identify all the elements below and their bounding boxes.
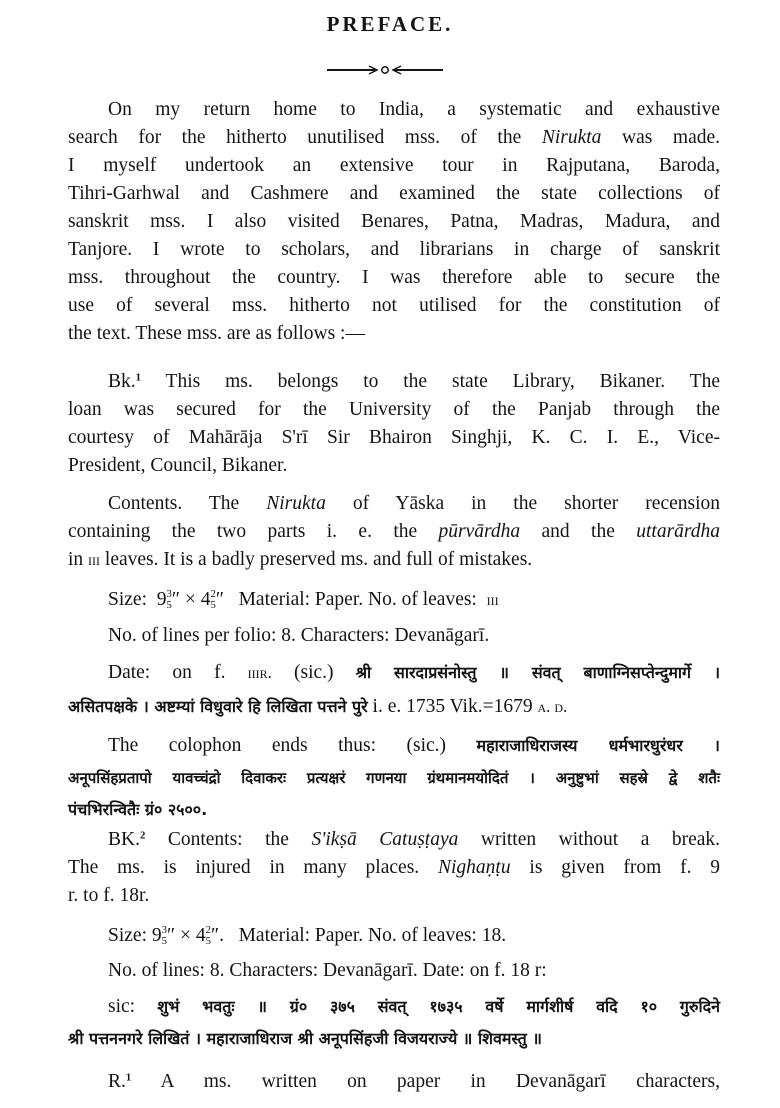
text-line: in iii leaves. It is a badly preserved m…: [68, 546, 720, 574]
title-siksa-catustaya: S'ikṣā Catuṣṭaya: [311, 829, 458, 850]
text-run: search for the hitherto unutilised mss. …: [68, 127, 521, 148]
text-run: Contents: the: [168, 829, 289, 850]
text-line: The colophon ends thus: (sic.) महाराजाधि…: [68, 732, 720, 760]
text-line: Contents. The Nirukta of Yāska in the sh…: [68, 490, 720, 518]
text-run: This ms. belongs to the state Library, B…: [166, 371, 720, 392]
text-line: No. of lines: 8. Characters: Devanāgarī.…: [68, 957, 720, 985]
text-line: Tanjore. I wrote to scholars, and librar…: [68, 236, 720, 264]
text-line: Date: on f. iiir. (sic.) श्री सारदाप्रसं…: [68, 659, 720, 687]
devanagari-text: पंचभिरन्वितैः ग्रं० २५००.: [68, 800, 207, 819]
text-run: Material: Paper. No. of leaves: 18.: [239, 925, 507, 946]
title-nighantu: Nighaṇṭu: [438, 857, 511, 878]
intro-paragraph: On my return home to India, a systematic…: [68, 96, 720, 348]
dimension-value: ″ × 4: [167, 925, 206, 946]
text-line: असितपक्षके । अष्टम्यां विधुवारे हि लिखित…: [68, 693, 720, 721]
label: Date: on f.: [108, 662, 225, 683]
text-run: is given from f. 9: [529, 857, 720, 878]
document-page: PREFACE. On my return home to India, a s…: [0, 0, 780, 1108]
text-run: was made.: [622, 127, 720, 148]
label: sic:: [108, 996, 135, 1017]
text-line: R.1 A ms. written on paper in Devanāgarī…: [68, 1068, 720, 1096]
roman-numeral: iii: [88, 550, 100, 569]
devanagari-text: श्री सारदाप्रसंनोस्तु ॥ संवत् बाणाग्निसप…: [356, 663, 720, 682]
sic2-paragraph: sic: शुभं भवतुः ॥ ग्रं० ३७५ संवत् १७३५ व…: [68, 993, 720, 1053]
bk2-paragraph: BK.2 Contents: the S'ikṣā Catuṣṭaya writ…: [68, 826, 720, 910]
text-line: sic: शुभं भवतुः ॥ ग्रं० ३७५ संवत् १७३५ व…: [68, 993, 720, 1021]
text-line: On my return home to India, a systematic…: [68, 96, 720, 124]
dimension-value: ″: [216, 589, 224, 610]
r1-paragraph: R.1 A ms. written on paper in Devanāgarī…: [68, 1068, 720, 1096]
text-run: containing the two parts i. e. the: [68, 521, 417, 542]
text-line: mss. throughout the country. I was there…: [68, 264, 720, 292]
text-line: the text. These mss. are as follows :—: [68, 320, 720, 348]
text-run: (sic.): [294, 662, 334, 683]
bk1-paragraph: Bk.1 This ms. belongs to the state Libra…: [68, 368, 720, 480]
siglum: Bk.: [108, 371, 136, 392]
ornament-divider-icon: [325, 63, 445, 77]
text-run: leaves. It is a badly preserved ms. and …: [105, 549, 532, 570]
text-line: loan was secured for the University of t…: [68, 396, 720, 424]
text-line: No. of lines per folio: 8. Characters: D…: [68, 622, 720, 650]
text-line: पंचभिरन्वितैः ग्रं० २५००.: [68, 796, 720, 824]
term-uttarardha: uttarārdha: [636, 521, 720, 542]
colophon-paragraph: The colophon ends thus: (sic.) महाराजाधि…: [68, 732, 720, 824]
text-line: Size: 935″ × 425″. Material: Paper. No. …: [68, 922, 720, 950]
devanagari-text: महाराजाधिराजस्य धर्मभारधुरंधर ।: [477, 736, 721, 755]
text-run: of Yāska in the shorter recension: [353, 493, 720, 514]
label: Size:: [108, 589, 147, 610]
text-line: BK.2 Contents: the S'ikṣā Catuṣṭaya writ…: [68, 826, 720, 854]
text-run: Material: Paper. No. of leaves:: [239, 589, 477, 610]
text-line: The ms. is injured in many places. Nigha…: [68, 854, 720, 882]
label: Contents.: [108, 493, 182, 514]
size2-line: Size: 935″ × 425″. Material: Paper. No. …: [68, 922, 720, 950]
siglum: BK.: [108, 829, 140, 850]
roman-numeral: iii: [487, 590, 499, 609]
text-run: i. e. 1735 Vik.=1679: [373, 696, 533, 717]
footnote-marker: 1: [136, 372, 141, 384]
text-run: written without a break.: [481, 829, 720, 850]
text-line: Size: 935″ × 425″ Material: Paper. No. o…: [68, 586, 720, 614]
title-nirukta: Nirukta: [542, 127, 602, 148]
devanagari-text: असितपक्षके । अष्टम्यां विधुवारे हि लिखित…: [68, 697, 368, 716]
text-line: अनूपसिंहप्रतापो यावच्चंद्रो दिवाकरः प्रत…: [68, 764, 720, 792]
footnote-marker: 1: [126, 1072, 131, 1084]
text-run: The: [209, 493, 239, 514]
text-run: The colophon ends thus: (sic.): [108, 735, 446, 756]
dimension-value: ″ × 4: [172, 589, 211, 610]
era-abbrev: a. d.: [537, 697, 567, 716]
text-line: Tihri-Garhwal and Cashmere and examined …: [68, 180, 720, 208]
folio-ref: iiir.: [248, 663, 272, 682]
text-line: श्री पत्तननगरे लिखितं । महाराजाधिराज श्र…: [68, 1025, 720, 1053]
text-line: President, Council, Bikaner.: [68, 452, 720, 480]
lines2-line: No. of lines: 8. Characters: Devanāgarī.…: [68, 957, 720, 985]
text-line: courtesy of Mahārāja S'rī Sir Bhairon Si…: [68, 424, 720, 452]
contents1-paragraph: Contents. The Nirukta of Yāska in the sh…: [68, 490, 720, 574]
date1-paragraph: Date: on f. iiir. (sic.) श्री सारदाप्रसं…: [68, 659, 720, 721]
footnote-marker: 2: [140, 830, 145, 842]
text-line: sanskrit mss. I also visited Benares, Pa…: [68, 208, 720, 236]
text-run: The ms. is injured in many places.: [68, 857, 419, 878]
devanagari-text: अनूपसिंहप्रतापो यावच्चंद्रो दिवाकरः प्रत…: [68, 769, 720, 787]
lines1-line: No. of lines per folio: 8. Characters: D…: [68, 622, 720, 650]
text-line: search for the hitherto unutilised mss. …: [68, 124, 720, 152]
title-nirukta: Nirukta: [266, 493, 326, 514]
size1-line: Size: 935″ × 425″ Material: Paper. No. o…: [68, 586, 720, 614]
term-purvardha: pūrvārdha: [439, 521, 521, 542]
text-run: in: [68, 549, 83, 570]
dimension-value: ″.: [211, 925, 224, 946]
dimension-value: 9: [157, 589, 167, 610]
devanagari-text: श्री पत्तननगरे लिखितं । महाराजाधिराज श्र…: [68, 1029, 542, 1048]
dimension-value: 9: [152, 925, 162, 946]
text-line: containing the two parts i. e. the pūrvā…: [68, 518, 720, 546]
text-line: use of several mss. hitherto not utilise…: [68, 292, 720, 320]
label: Size:: [108, 925, 147, 946]
page-title: PREFACE.: [0, 12, 780, 37]
text-line: r. to f. 18r.: [68, 882, 720, 910]
text-run: A ms. written on paper in Devanāgarī cha…: [160, 1071, 720, 1092]
devanagari-text: शुभं भवतुः ॥ ग्रं० ३७५ संवत् १७३५ वर्षे …: [157, 997, 720, 1016]
text-line: Bk.1 This ms. belongs to the state Libra…: [68, 368, 720, 396]
text-line: I myself undertook an extensive tour in …: [68, 152, 720, 180]
text-run: and the: [542, 521, 615, 542]
siglum: R.: [108, 1071, 126, 1092]
